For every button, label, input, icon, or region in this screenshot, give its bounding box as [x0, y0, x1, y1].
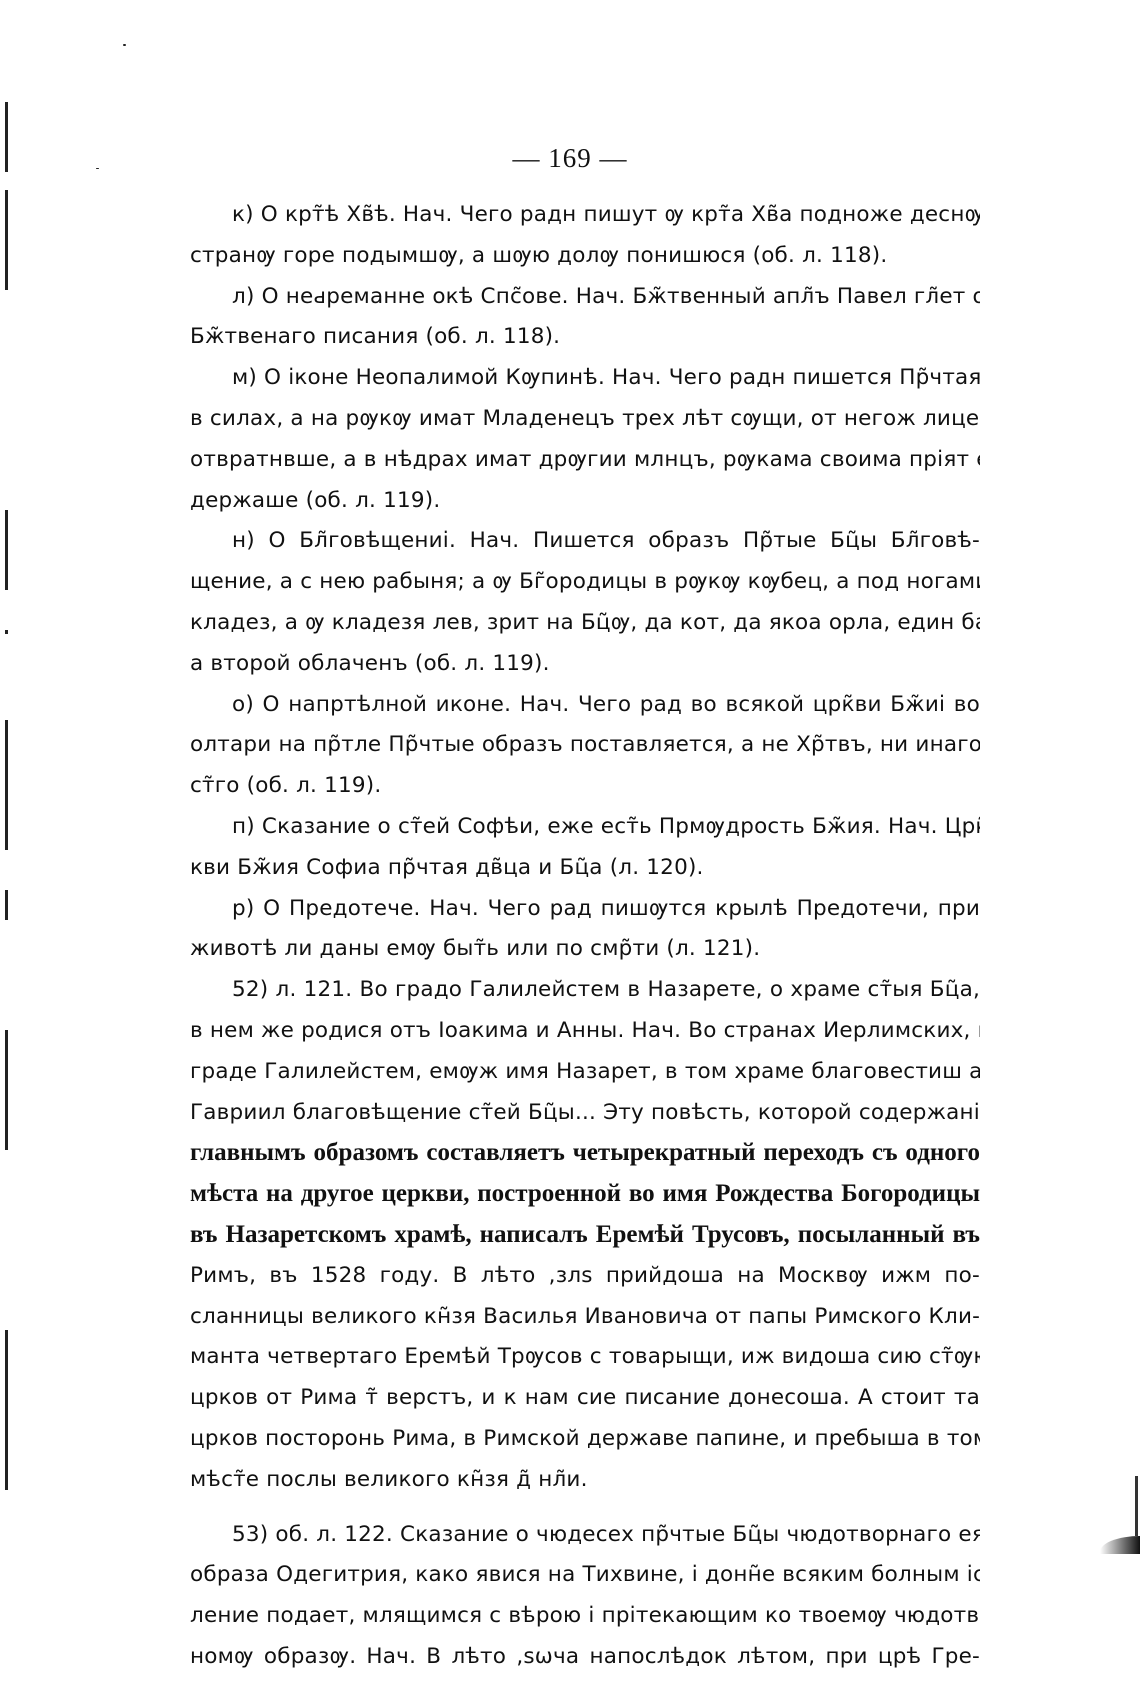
text-line-53-4: номѹ образѹ. Нач. В лѣто ,ѕѡча напослѣдо… [190, 1637, 980, 1678]
text-line-m1: м) О іконе Неопалимой Кѹпинѣ. Нач. Чего … [190, 358, 980, 399]
text-line-52-8: Римъ, въ 1528 году. В лѣто ,злѕ прийдоша… [190, 1256, 980, 1297]
text-line-n4: а второй облаченъ (об. л. 119). [190, 644, 980, 685]
text-line-o3: ст̃го (об. л. 119). [190, 766, 980, 807]
text-line-52-2: в нем же родися отъ Іоакима и Анны. Нач.… [190, 1011, 980, 1052]
text-line-52-3: граде Галилейстем, емѹж имя Назарет, в т… [190, 1052, 980, 1093]
entry-53-heading: 53) об. л. 122. Сказание о чюдесех пр̃чт… [190, 1515, 980, 1556]
scanned-book-page: — 169 — к) О крт̃ѣ Хв̃ѣ. Нач. Чего радн … [0, 0, 1140, 1704]
text-line-52-11: црков от Рима т̃ верстъ, и к нам сие пис… [190, 1378, 980, 1419]
text-line-n1: н) О Бл̃говѣщениі. Нач. Пишется образъ П… [190, 521, 980, 562]
page-number: — 169 — [0, 143, 1140, 174]
text-line-53-2: образа Одегитрия, како явися на Тихвине,… [190, 1555, 980, 1596]
scan-speck [123, 44, 126, 46]
entry-52-heading: 52) л. 121. Во градо Галилейстем в Назар… [190, 970, 980, 1011]
text-line-p2: кви Бж̃ия Софиа пр̃чтая дв̃ца и Бц̃а (л.… [190, 848, 980, 889]
text-line-n2: щение, а с нею рабыня; а ѹ Бг̃ородицы в … [190, 562, 980, 603]
text-line-m4: держаше (об. л. 119). [190, 481, 980, 522]
text-line-p1: п) Сказание о ст̃ей Софѣи, еже ест̃ь Прм… [190, 807, 980, 848]
scan-edge-marks [5, 30, 11, 1510]
text-line-k2: странѹ горе подымшѹ, а шѹю долѹ понишюся… [190, 236, 980, 277]
text-line-52-12: црков посторонь Рима, в Римской державе … [190, 1419, 980, 1460]
text-line-l1: л) О неԁреманне окѣ Спс̃ове. Нач. Бж̃тве… [190, 277, 980, 318]
paragraph-gap [190, 1501, 980, 1515]
text-line-n3: кладез, а ѹ кладезя лев, зрит на Бц̃ѹ, д… [190, 603, 980, 644]
text-line-m3: отвратнвше, а в нѣдрах имат дрѹгии млнцъ… [190, 440, 980, 481]
text-line-o1: о) О напртѣлной иконе. Нач. Чего рад во … [190, 685, 980, 726]
text-line-l2: Бж̃твенаго писания (об. л. 118). [190, 317, 980, 358]
text-line-m2: в силах, а на рѹкѹ имат Младенецъ трех л… [190, 399, 980, 440]
text-line-52-10: манта четвертаго Еремѣй Трѹсов с товарыщ… [190, 1337, 980, 1378]
body-text: к) О крт̃ѣ Хв̃ѣ. Нач. Чего радн пишут ѹ … [190, 195, 980, 1678]
text-line-52-4: Гавриил благовѣщение ст̃ей Бц̃ы... Эту п… [190, 1093, 980, 1134]
text-line-52-5: главнымъ образомъ составляетъ четырекрат… [190, 1133, 980, 1174]
text-line-k1: к) О крт̃ѣ Хв̃ѣ. Нач. Чего радн пишут ѹ … [190, 195, 980, 236]
text-line-52-13: мѣст̃е послы великого кн̃зя д̃ нл̃и. [190, 1460, 980, 1501]
text-line-r1: р) О Предотече. Нач. Чего рад пишѹтся кр… [190, 889, 980, 930]
text-line-52-6: мѣста на другое церкви, построенной во и… [190, 1174, 980, 1215]
scan-edge-bar [1135, 1476, 1138, 1536]
text-line-52-7: въ Назаретскомъ храмѣ, написалъ Еремѣй Т… [190, 1215, 980, 1256]
scan-edge-shadow [1100, 1536, 1140, 1554]
text-line-53-3: ление подает, млящимся с вѣрою і прітека… [190, 1596, 980, 1637]
text-line-o2: олтари на пр̃тле Пр̃чтые образъ поставля… [190, 725, 980, 766]
text-line-r2: животѣ ли даны емѹ быт̃ь или по смр̃ти (… [190, 929, 980, 970]
text-line-52-9: сланницы великого кн̃зя Василья Иванович… [190, 1297, 980, 1338]
